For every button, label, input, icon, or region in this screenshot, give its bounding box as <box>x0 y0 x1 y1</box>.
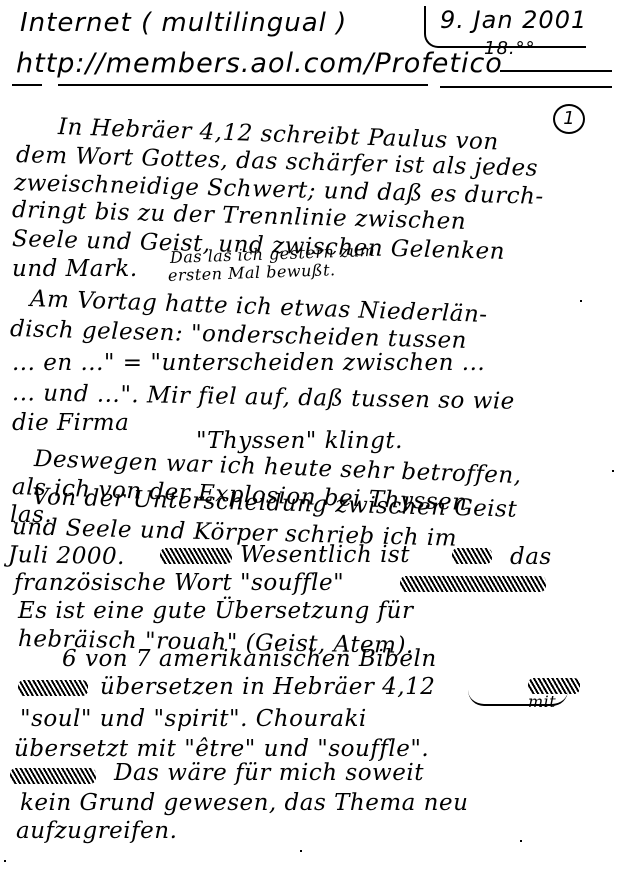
scan-speck <box>580 300 582 302</box>
header-url: http://members.aol.com/Profetico <box>16 50 503 77</box>
text-line: aufzugreifen. <box>16 820 177 843</box>
header-title: Internet ( multilingual ) <box>20 10 347 36</box>
crossed-out-word <box>18 680 88 696</box>
text-line: "Thyssen" klingt. <box>196 430 403 453</box>
text-line-inserted: mit <box>528 694 556 710</box>
scan-speck <box>4 860 6 862</box>
text-line: die Firma <box>12 412 129 435</box>
text-line: französische Wort "souffle" <box>14 572 344 595</box>
text-line: ... und ...". Mir fiel auf, daß tussen s… <box>12 382 515 414</box>
text-line: und Mark. <box>12 258 138 281</box>
text-line: Das wäre für mich soweit <box>114 762 424 785</box>
text-line: Wesentlich ist <box>240 544 410 567</box>
text-line: "soul" und "spirit". Chouraki <box>20 708 367 731</box>
url-underline-c <box>440 86 612 88</box>
text-line: übersetzen in Hebräer 4,12 <box>100 676 435 699</box>
text-line: Es ist eine gute Übersetzung für <box>18 600 414 623</box>
crossed-out-word <box>160 548 232 564</box>
text-line: kein Grund gewesen, das Thema neu <box>20 792 468 815</box>
header-date: 9. Jan 2001 <box>440 8 587 32</box>
page-number: 1 <box>553 104 585 134</box>
scan-speck <box>612 470 614 472</box>
text-line: 6 von 7 amerikanischen Bibeln <box>62 648 437 671</box>
text-line: das <box>510 546 552 569</box>
handwritten-page: Internet ( multilingual ) 9. Jan 2001 18… <box>0 0 638 877</box>
scan-speck <box>520 840 522 842</box>
time-underline <box>500 70 612 72</box>
text-line: Juli 2000. <box>8 544 125 569</box>
text-line: ... en ..." = "unterscheiden zwischen ..… <box>12 352 485 375</box>
text-line: übersetzt mit "être" und "souffle". <box>14 738 429 761</box>
crossed-out-word <box>10 768 96 784</box>
crossed-out-word <box>452 548 492 564</box>
url-underline-b <box>58 84 428 86</box>
text-line-inserted: ersten Mal bewußt. <box>168 262 336 284</box>
crossed-out-word <box>400 576 546 592</box>
scan-speck <box>300 850 302 852</box>
url-underline-a <box>12 84 42 86</box>
